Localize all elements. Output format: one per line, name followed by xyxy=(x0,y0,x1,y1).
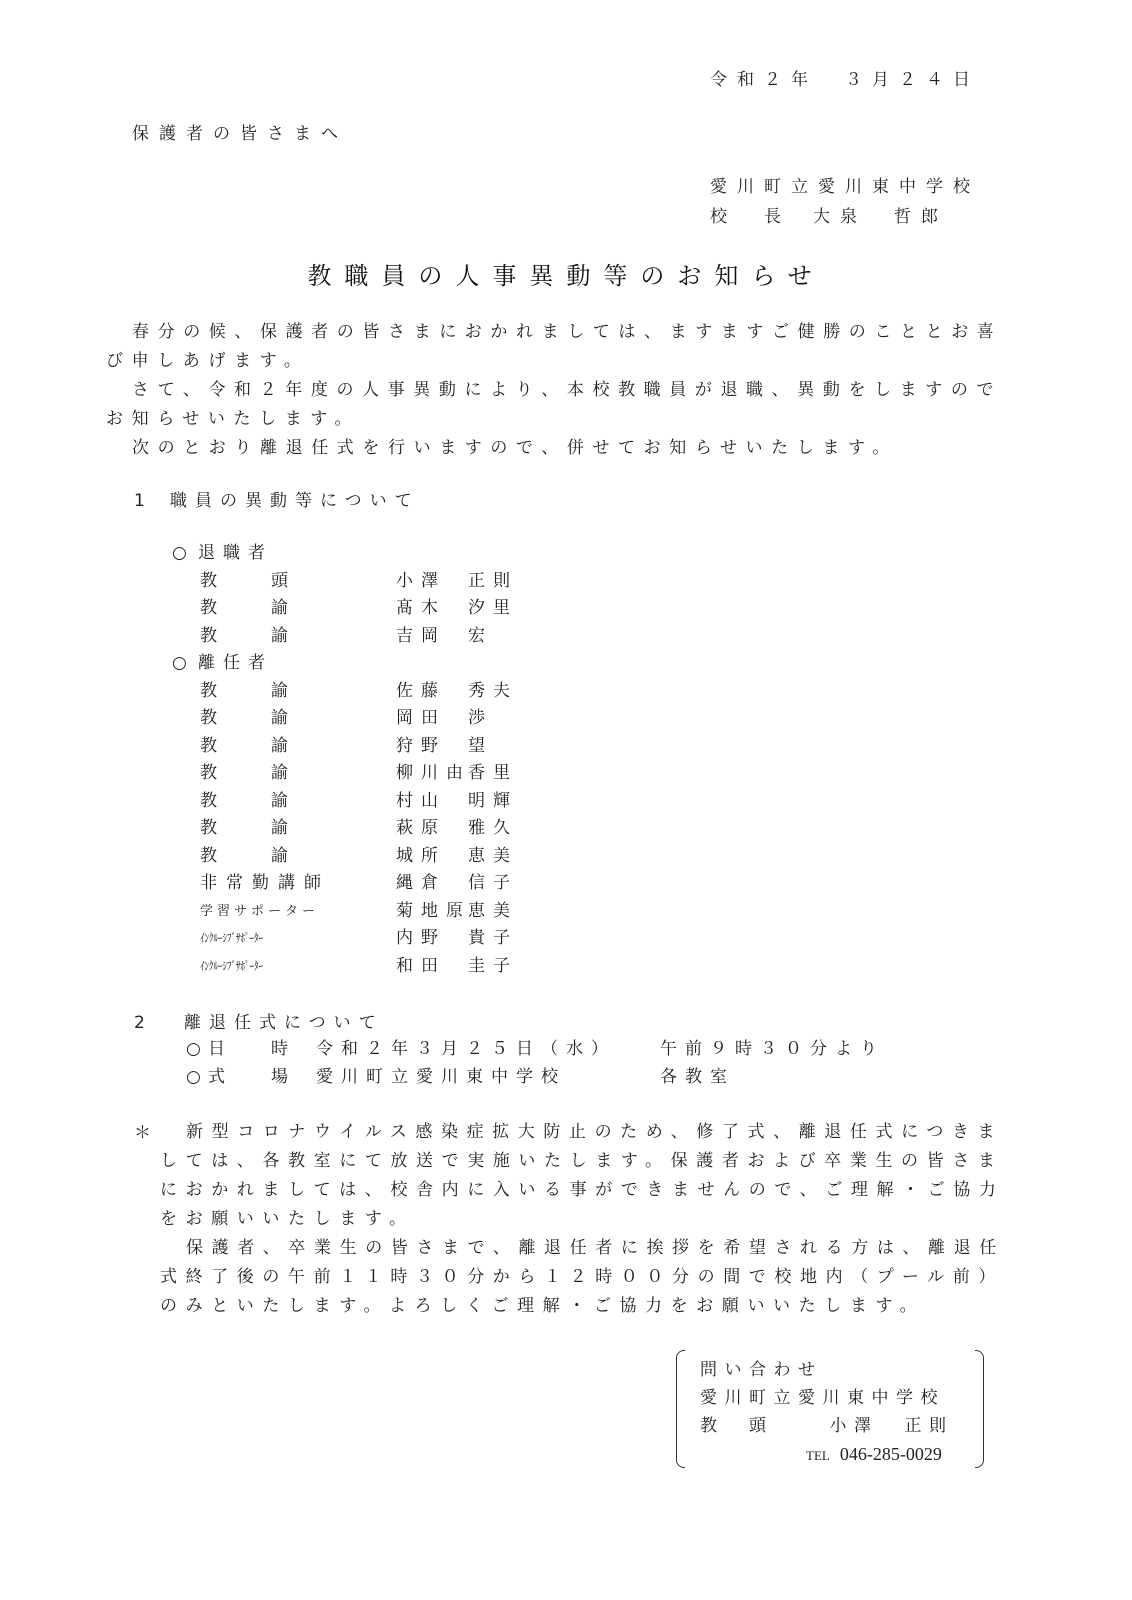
staff-row: 教諭 萩原雅久 xyxy=(172,815,273,843)
ceremony-datetime-value: 令和２年３月２５日（水） xyxy=(316,1035,616,1063)
staff-name: 縄倉信子 xyxy=(396,870,522,898)
section-1-heading: 1職員の異動等について xyxy=(134,486,420,511)
staff-row: 教諭 狩野望 xyxy=(172,733,273,761)
contact-given: 正則 xyxy=(905,1416,954,1436)
staff-position: 非常勤講師 xyxy=(200,870,330,898)
covid-notice: ＊ 新型コロナウイルス感染症拡大防止のため、修了式、離退任式につきましては、各教… xyxy=(134,1118,1014,1321)
group-label: 退職者 xyxy=(198,543,273,563)
contact-position: 教 頭 xyxy=(700,1416,774,1436)
staff-position: ｲﾝｸﾙｰｼﾌﾞｻﾎﾟｰﾀｰ xyxy=(200,925,263,953)
staff-name: 佐藤秀夫 xyxy=(396,678,522,706)
bracket-right xyxy=(975,1350,984,1468)
group-heading-retirees: ○退職者 xyxy=(172,540,273,568)
ceremony-room: 各教室 xyxy=(660,1063,735,1091)
staff-row: 教諭 村山明輝 xyxy=(172,788,273,816)
staff-name: 岡田渉 xyxy=(396,705,522,733)
staff-row: 教諭 佐藤秀夫 xyxy=(172,678,273,706)
body-paragraph: 次のとおり離退任式を行いますので、併せてお知らせいたします。 xyxy=(106,434,1016,463)
notice-paragraph: 保護者、卒業生の皆さまで、離退任者に挨拶を希望される方は、離退任式終了後の午前１… xyxy=(160,1234,1014,1321)
sender-school: 愛川町立愛川東中学校 xyxy=(710,172,980,202)
section-2-heading: 2離退任式について xyxy=(134,1008,384,1033)
staff-position: ｲﾝｸﾙｰｼﾌﾞｻﾎﾟｰﾀｰ xyxy=(200,953,263,981)
staff-row: 教諭 髙木汐里 xyxy=(172,595,273,623)
staff-row: 非常勤講師 縄倉信子 xyxy=(172,870,273,898)
document-title: 教職員の人事異動等のお知らせ xyxy=(0,256,1132,291)
staff-row: 教諭 岡田渉 xyxy=(172,705,273,733)
sender-name: 大泉 哲郎 xyxy=(813,207,948,227)
group-heading-departing: ○離任者 xyxy=(172,650,273,678)
document-date: 令和２年 ３月２４日 xyxy=(710,66,980,94)
staff-name: 吉岡宏 xyxy=(396,623,522,651)
staff-name: 狩野望 xyxy=(396,733,522,761)
asterisk-icon: ＊ xyxy=(134,1118,151,1143)
section-title: 離退任式について xyxy=(184,1013,384,1033)
body-paragraph: 春分の候、保護者の皆さまにおかれましては、ますますご健勝のこととお喜び申しあげま… xyxy=(106,318,1016,376)
contact-phone: TEL046-285-0029 xyxy=(806,1444,942,1465)
staff-position: 教諭 xyxy=(200,623,288,651)
staff-position: 教諭 xyxy=(200,733,288,761)
staff-name: 和田圭子 xyxy=(396,953,522,981)
circle-bullet-icon: ○ xyxy=(172,650,198,678)
staff-position: 教諭 xyxy=(200,760,288,788)
staff-row: 学習サポーター 菊地原恵美 xyxy=(172,898,273,926)
group-label: 離任者 xyxy=(198,653,273,673)
staff-position: 教諭 xyxy=(200,815,288,843)
contact-person: 教 頭小澤正則 xyxy=(700,1412,954,1440)
staff-name: 萩原雅久 xyxy=(396,815,522,843)
ceremony-start-time: 午前９時３０分より xyxy=(660,1035,885,1063)
staff-position: 教頭 xyxy=(200,568,288,596)
phone-label: TEL xyxy=(806,1448,830,1463)
contact-school: 愛川町立愛川東中学校 xyxy=(700,1384,954,1412)
staff-name: 小澤正則 xyxy=(396,568,522,596)
contact-box: 問い合わせ 愛川町立愛川東中学校 教 頭小澤正則 TEL046-285-0029 xyxy=(676,1350,984,1468)
staff-list: ○退職者 教頭 小澤正則 教諭 髙木汐里 教諭 吉岡宏 ○離任者 教諭 佐藤秀夫… xyxy=(172,540,273,980)
sender-block: 愛川町立愛川東中学校 校 長大泉 哲郎 xyxy=(710,172,980,232)
staff-position: 教諭 xyxy=(200,788,288,816)
staff-name: 柳川由香里 xyxy=(396,760,522,788)
staff-row: 教諭 柳川由香里 xyxy=(172,760,273,788)
staff-position: 教諭 xyxy=(200,843,288,871)
staff-position: 教諭 xyxy=(200,705,288,733)
staff-row: 教頭 小澤正則 xyxy=(172,568,273,596)
contact-surname: 小澤 xyxy=(830,1416,879,1436)
ceremony-venue-label: ○式場 xyxy=(186,1063,292,1091)
section-number: 2 xyxy=(134,1013,184,1033)
contact-heading: 問い合わせ xyxy=(700,1356,954,1384)
section-number: 1 xyxy=(134,491,170,511)
staff-row: 教諭 城所恵美 xyxy=(172,843,273,871)
staff-position: 学習サポーター xyxy=(200,898,319,926)
bracket-left xyxy=(676,1350,685,1468)
addressee: 保護者の皆さまへ xyxy=(132,120,348,148)
staff-name: 髙木汐里 xyxy=(396,595,522,623)
circle-bullet-icon: ○ xyxy=(172,540,198,568)
phone-number: 046-285-0029 xyxy=(840,1444,942,1464)
greeting-body: 春分の候、保護者の皆さまにおかれましては、ますますご健勝のこととお喜び申しあげま… xyxy=(106,318,1016,463)
sender-principal: 校 長大泉 哲郎 xyxy=(710,202,980,232)
sender-title: 校 長 xyxy=(710,207,791,227)
section-title: 職員の異動等について xyxy=(170,491,420,511)
staff-row: 教諭 吉岡宏 xyxy=(172,623,273,651)
staff-row: ｲﾝｸﾙｰｼﾌﾞｻﾎﾟｰﾀｰ 内野貴子 xyxy=(172,925,273,953)
staff-position: 教諭 xyxy=(200,678,288,706)
ceremony-venue-value: 愛川町立愛川東中学校 xyxy=(316,1063,566,1091)
staff-name: 城所恵美 xyxy=(396,843,522,871)
staff-name: 菊地原恵美 xyxy=(396,898,522,926)
ceremony-datetime-label: ○日時 xyxy=(186,1035,292,1063)
staff-position: 教諭 xyxy=(200,595,288,623)
staff-name: 内野貴子 xyxy=(396,925,522,953)
staff-name: 村山明輝 xyxy=(396,788,522,816)
staff-row: ｲﾝｸﾙｰｼﾌﾞｻﾎﾟｰﾀｰ 和田圭子 xyxy=(172,953,273,981)
body-paragraph: さて、令和２年度の人事異動により、本校教職員が退職、異動をしますのでお知らせいた… xyxy=(106,376,1016,434)
circle-bullet-icon: ○ xyxy=(186,1063,208,1091)
circle-bullet-icon: ○ xyxy=(186,1035,208,1063)
notice-paragraph: 新型コロナウイルス感染症拡大防止のため、修了式、離退任式につきましては、各教室に… xyxy=(160,1118,1014,1234)
